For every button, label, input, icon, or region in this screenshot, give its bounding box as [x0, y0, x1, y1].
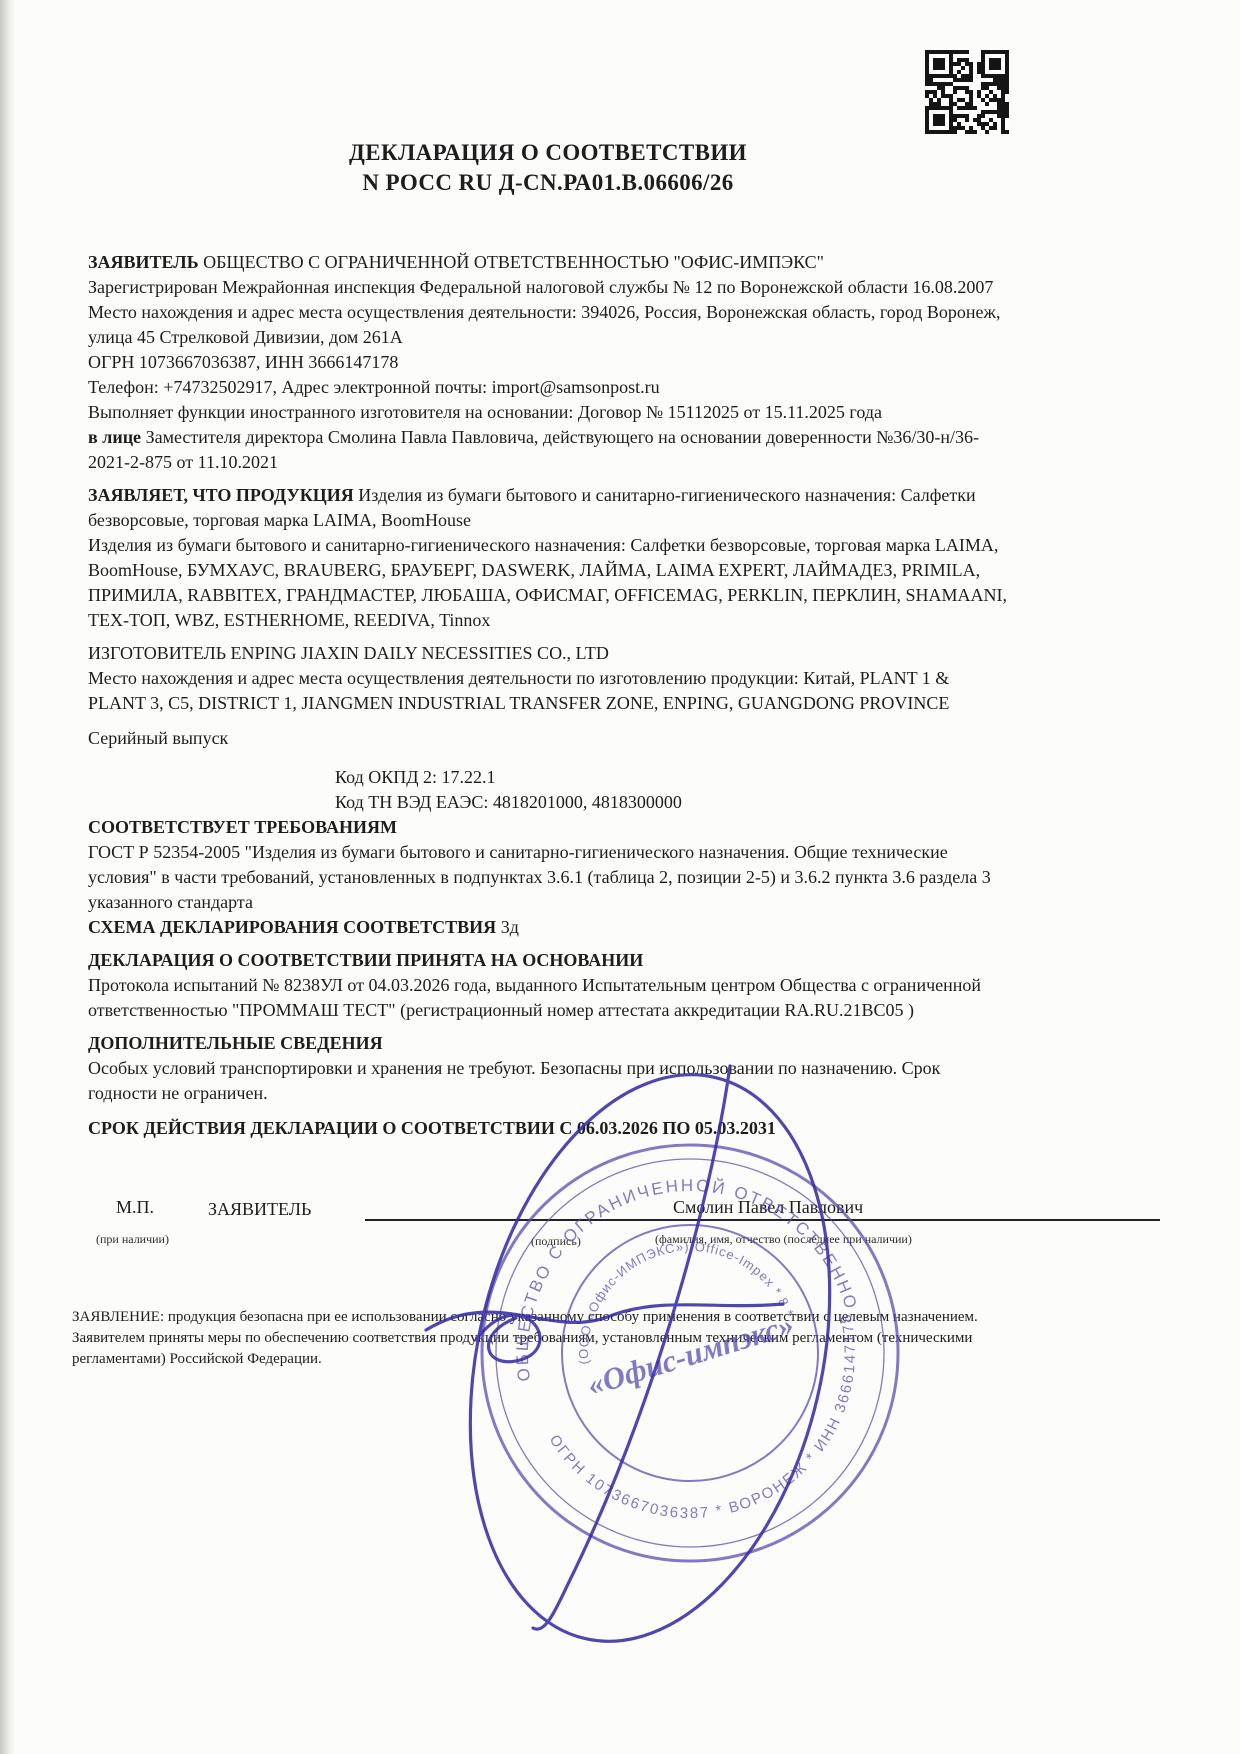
document-title: ДЕКЛАРАЦИЯ О СООТВЕТСТВИИ N РОСС RU Д-CN…	[88, 138, 1008, 198]
applicant-line: ЗАЯВИТЕЛЬ ОБЩЕСТВО С ОГРАНИЧЕННОЙ ОТВЕТС…	[88, 250, 1008, 275]
represented-by-text: Заместителя директора Смолина Павла Павл…	[88, 427, 979, 472]
applicant-name: ОБЩЕСТВО С ОГРАНИЧЕННОЙ ОТВЕТСТВЕННОСТЬЮ…	[203, 252, 824, 272]
scheme-value: 3д	[501, 917, 519, 937]
applicant-registration: Зарегистрирован Межрайонная инспекция Фе…	[88, 275, 1008, 300]
okpd-code: Код ОКПД 2: 17.22.1	[88, 765, 1008, 790]
title-line2: N РОСС RU Д-CN.РА01.В.06606/26	[88, 168, 1008, 198]
applicant-ogrn-inn: ОГРН 1073667036387, ИНН 3666147178	[88, 350, 1008, 375]
scan-edge-shadow	[0, 0, 16, 1754]
mp-note: (при наличии)	[96, 1227, 169, 1252]
manufacturer-line: ИЗГОТОВИТЕЛЬ ENPING JIAXIN DAILY NECESSI…	[88, 641, 1008, 666]
mp-label: М.П.	[116, 1195, 154, 1220]
manufacturer-label: ИЗГОТОВИТЕЛЬ	[88, 643, 226, 663]
document-content: ДЕКЛАРАЦИЯ О СООТВЕТСТВИИ N РОСС RU Д-CN…	[88, 138, 1008, 1370]
declaration-document: ДЕКЛАРАЦИЯ О СООТВЕТСТВИИ N РОСС RU Д-CN…	[0, 0, 1240, 1754]
validity-line: СРОК ДЕЙСТВИЯ ДЕКЛАРАЦИИ О СООТВЕТСТВИИ …	[88, 1116, 1008, 1141]
basis-header: ДЕКЛАРАЦИЯ О СООТВЕТСТВИИ ПРИНЯТА НА ОСН…	[88, 948, 1008, 973]
scheme-line: СХЕМА ДЕКЛАРИРОВАНИЯ СООТВЕТСТВИЯ 3д	[88, 915, 1008, 940]
applicant-contacts: Телефон: +74732502917, Адрес электронной…	[88, 375, 1008, 400]
signer-name: Смолин Павел Павлович	[673, 1195, 863, 1220]
product-section: ЗАЯВЛЯЕТ, ЧТО ПРОДУКЦИЯ Изделия из бумаг…	[88, 483, 1008, 815]
title-line1: ДЕКЛАРАЦИЯ О СООТВЕТСТВИИ	[88, 138, 1008, 168]
footer-statement: ЗАЯВЛЕНИЕ: продукция безопасна при ее ис…	[72, 1307, 1020, 1370]
applicant-address: Место нахождения и адрес места осуществл…	[88, 300, 1008, 350]
applicant-label: ЗАЯВИТЕЛЬ	[88, 252, 199, 272]
signature-line	[365, 1219, 1160, 1221]
declares-line: ЗАЯВЛЯЕТ, ЧТО ПРОДУКЦИЯ Изделия из бумаг…	[88, 483, 1008, 533]
signature-area: М.П. ЗАЯВИТЕЛЬ Смолин Павел Павлович (пр…	[88, 1195, 1008, 1303]
requirements-header: СООТВЕТСТВУЕТ ТРЕБОВАНИЯМ	[88, 815, 1008, 840]
scheme-label: СХЕМА ДЕКЛАРИРОВАНИЯ СООТВЕТСТВИЯ	[88, 917, 496, 937]
manufacturer-address: Место нахождения и адрес места осуществл…	[88, 666, 1008, 716]
tnved-code: Код ТН ВЭД ЕАЭС: 4818201000, 4818300000	[88, 790, 1008, 815]
represented-by-label: в лице	[88, 427, 141, 447]
sign-note: (подпись)	[531, 1229, 581, 1254]
signature-applicant-label: ЗАЯВИТЕЛЬ	[208, 1197, 311, 1222]
product-full: Изделия из бумаги бытового и санитарно-г…	[88, 533, 1008, 633]
qr-code	[925, 50, 1009, 134]
additional-text: Особых условий транспортировки и хранени…	[88, 1056, 1008, 1106]
standard-text: ГОСТ Р 52354-2005 "Изделия из бумаги быт…	[88, 840, 1008, 915]
name-note: (фамилия, имя, отчество (последнее при н…	[655, 1227, 912, 1252]
manufacturer-name: ENPING JIAXIN DAILY NECESSITIES CO., LTD	[231, 643, 609, 663]
compliance-section: СООТВЕТСТВУЕТ ТРЕБОВАНИЯМ ГОСТ Р 52354-2…	[88, 815, 1008, 1141]
declares-label: ЗАЯВЛЯЕТ, ЧТО ПРОДУКЦИЯ	[88, 485, 354, 505]
basis-text: Протокола испытаний № 8238УЛ от 04.03.20…	[88, 973, 1008, 1023]
applicant-section: ЗАЯВИТЕЛЬ ОБЩЕСТВО С ОГРАНИЧЕННОЙ ОТВЕТС…	[88, 250, 1008, 475]
applicant-foreign-maker-basis: Выполняет функции иностранного изготовит…	[88, 400, 1008, 425]
serial-release: Серийный выпуск	[88, 726, 1008, 751]
applicant-represented-by: в лице Заместителя директора Смолина Пав…	[88, 425, 1008, 475]
additional-header: ДОПОЛНИТЕЛЬНЫЕ СВЕДЕНИЯ	[88, 1031, 1008, 1056]
